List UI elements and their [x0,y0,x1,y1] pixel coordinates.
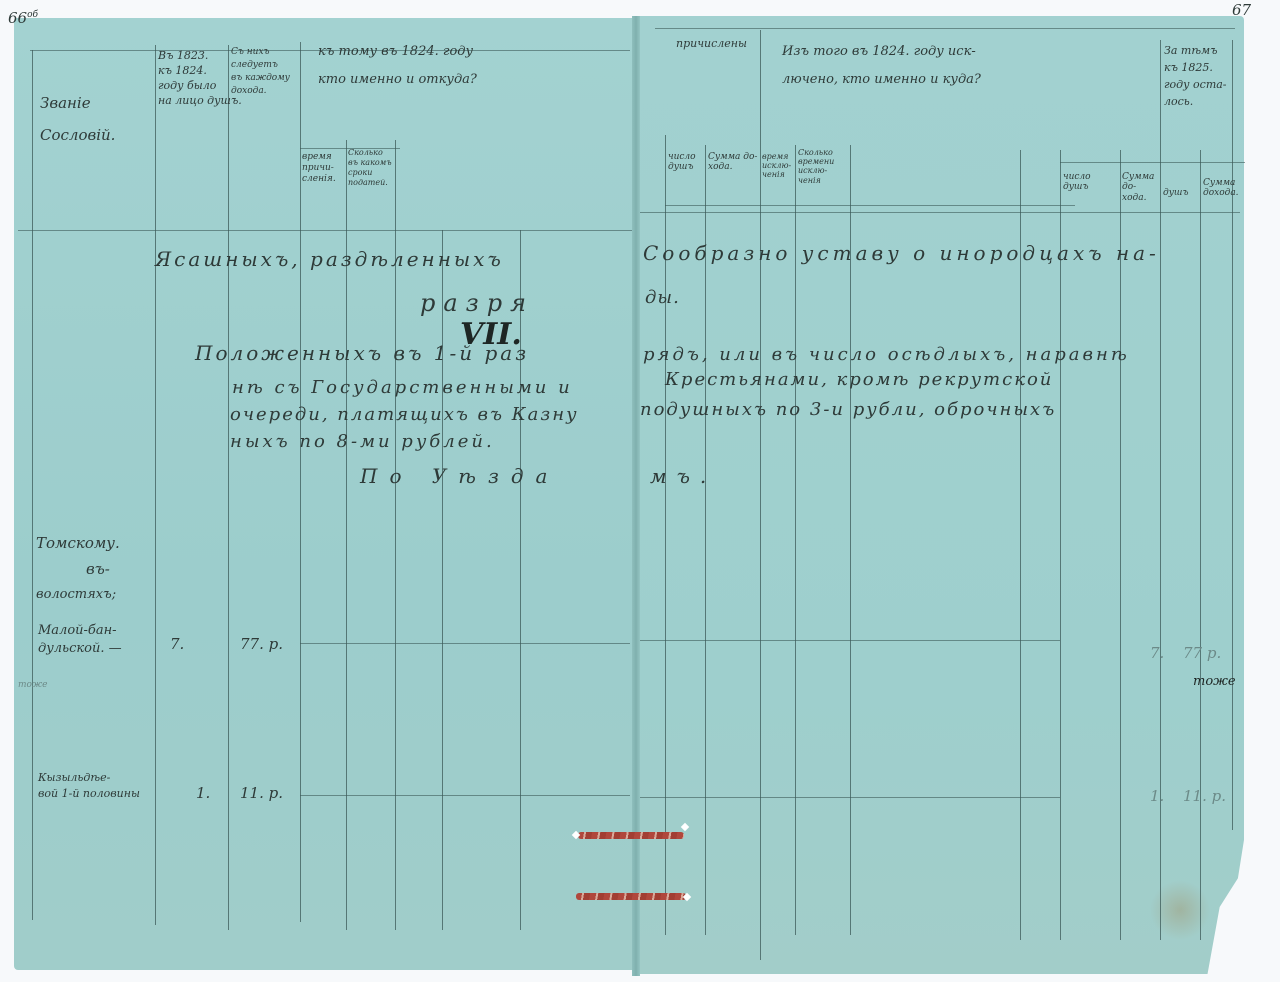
body-line4-left: нѣ съ Государственными и [232,378,573,399]
subheader-souls-2: душъ [1163,188,1188,198]
body-line5-right: подушныхъ по 3-и рубли, оброчныхъ [640,400,1056,421]
col-line [442,230,443,930]
header-bottom-rule [640,212,1240,213]
binding-thread-bottom [576,893,686,900]
row-rule [300,643,630,644]
row-district-tomsk: Томскому. въ- волостяхъ; [36,530,120,608]
paper-stain [1150,880,1210,940]
col-line [300,42,301,922]
subheader-income-2: Сумма дохода. [1203,178,1235,199]
row-rule [640,797,1060,798]
header-title-line2: Сословій. [40,127,115,144]
row-right-income-kyzyldeevoy: 11. р. [1183,788,1226,805]
subheader-rule-right2 [1060,162,1245,163]
body-line4-right: Крестьянами, кромѣ рекрутской [665,370,1053,391]
header-attached-column: причислены [676,38,747,51]
body-line7-left: По Уѣзда [360,465,559,488]
body-line2-right: ды. [645,288,680,309]
header-remaining-column: За тѣмъкъ 1825.году оста-лось. [1164,42,1227,110]
body-line7-right: мъ. [650,465,716,488]
body-line2-left: разря [420,290,534,318]
subheader-rule-right [665,205,1075,206]
header-bottom-rule [18,230,632,231]
row-right-souls-kyzyldeevoy: 1. [1150,788,1164,805]
col-line [1020,150,1021,940]
row-rule [300,795,630,796]
binding-thread-top [578,832,684,839]
header-top-rule [655,28,1235,29]
subheader-exclusion-time: время исклю-ченія [762,152,796,180]
row-souls-malaya: 7. [170,636,184,653]
body-line3-left: Положенныхъ въ 1-й раз [195,342,529,365]
header-title-line1: Званіе [40,95,91,112]
row-right-income-malaya: 77 р. [1183,645,1221,662]
subheader-remaining-souls: число душъ [1063,172,1103,193]
row-income-malaya: 77. р. [240,636,283,653]
subheader-souls: число душъ [668,152,704,173]
col-line [1200,150,1201,940]
row-right-souls-malaya: 7. [1150,645,1164,662]
row-label-kyzyldeevoy: Кызыльдѣе-вой 1-й половины [38,770,140,802]
header-income-column: Съ нихъследуетъвъ каждомудохода. [231,46,290,98]
row-income-kyzyldeevoy: 11. р. [240,785,283,802]
col-line [32,50,33,920]
header-added-column: къ тому въ 1824. годукто именно и откуда… [318,38,477,94]
col-line [1232,40,1233,830]
header-excluded-column: Изъ того въ 1824. году иск-лючено, кто и… [782,38,981,94]
subheader-time: времяпричи-сленія. [302,152,336,185]
page-number-right: 67 [1232,2,1251,19]
row-rule [640,640,1060,641]
subheader-how-much: Скольковъ какомъсрокиподатей. [348,148,392,188]
header-1823-column: Въ 1823.къ 1824.году былона лицо душъ. [158,48,242,108]
row-mark-right: тоже [1193,675,1236,690]
body-line3-right: рядъ, или въ число осѣдлыхъ, наравнѣ [643,345,1130,366]
col-line [228,45,229,930]
col-line [1120,150,1121,940]
body-line1-left: Ясашныхъ, раздѣленныхъ [155,248,504,271]
subheader-exclusion-duration: Сколько времени исклю-ченія [798,148,850,185]
page-number-left: 66об [8,10,38,27]
row-label-malaya-bandulskaya: Малой-бан-дульской. — [38,622,122,658]
col-line [760,30,761,960]
body-line5-left: очереди, платящихъ въ Казну [230,405,579,426]
body-line6-left: ныхъ по 8-ми рублей. [230,432,495,453]
body-line1-right: Сообразно уставу о инородцахъ на- [643,242,1160,265]
col-line [155,45,156,925]
subheader-remaining-income: Сумма до-хода. [1122,172,1160,203]
row-mark-left: тоже [18,680,48,690]
row-souls-kyzyldeevoy: 1. [196,785,210,802]
subheader-income-sum: Сумма до-хода. [708,152,758,173]
col-line [1060,150,1061,940]
